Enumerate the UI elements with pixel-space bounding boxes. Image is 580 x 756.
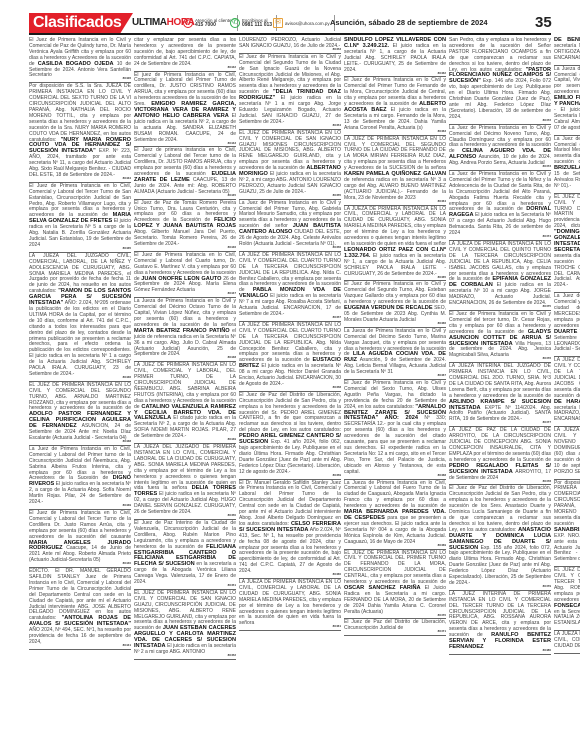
notice-text: EL JUEZ DE PRIMERA INSTANCIA EN LO CIVIL… [554,194,580,230]
legal-notice: La Jueza de Primera Instancia en lo Civi… [554,66,580,136]
legal-notice: El Juez de primera instancia en lo Civil… [134,147,236,199]
notice-text: Abog. Gilberto Manuel Jara Del Puerto, S… [134,229,236,247]
legal-notice: LA JUEZA DE PRIMERA INSTANCIA EN LO CIVI… [449,241,551,311]
legal-notice: LA JUEZ DE PRIMERA INSTANCIA EN LO CIVIL… [554,357,580,427]
notice-text: El Juez de Paz del Distrito de Liberació… [449,485,551,532]
legal-notice: La Jueza de Primera Instancia en lo Civi… [134,298,236,362]
notice-code: 80451 [228,583,236,589]
column-6: DE BENITEZ El juicio radica en la secret… [554,37,580,752]
notice-text: EL JUEZ DE PRIMERA INSTANCIA EN LO CIVIL… [554,567,580,603]
deceased-name: EMIGDIO RAMIREZ GARCIA, VICTORIANA VERA … [134,101,236,119]
legal-notice: La Juez de Primera Instancia en lo Civil… [449,125,551,171]
legal-notice: EL JUEZ DE PRIMERA INSTANCIA EN LO CIVIL… [554,567,580,631]
notice-text: La Juez de Primera Instancia en lo Civil… [554,136,580,166]
legal-notice: EL JUEZ DE PRIMERA INSTANCIA EN LO CIVIL… [134,590,236,660]
legal-notice: LA JUEZ DE PRIMERA INSTANCIA EN LO CIVIL… [344,136,446,206]
notice-text: Año 2.024, Nº 413, Sec. Nº 1, ha resuelt… [239,527,341,574]
legal-notice: LA JUEZ DE PRIMERA INSTANCIA EN LO CIVIL… [239,252,341,322]
notice-code: 80450 [228,513,236,519]
notice-code: 80477 [543,420,551,426]
column-3: LOURENZO PEDROZO, Actuario Judicial SAN … [239,37,341,752]
notice-code: 80449 [228,437,236,443]
legal-notice: EDICTO. El DR. MANUEL GERALDO SAFILDIN S… [29,568,131,650]
legal-notice: LOURENZO PEDROZO, Actuario Judicial SAN … [239,37,341,54]
legal-notice: LA JUEZA DE PRIMERA INSTANCIA EN LO CIVI… [344,206,446,282]
legal-notice: La Jueza de Primera Instancia en lo Civi… [344,328,446,380]
column-1: El Juez de Primera Instancia en lo Civil… [29,37,131,752]
notice-code: 80459 [333,473,341,479]
legal-notice: LA JUEZ DE PRIMERA INSTANCIA EN LO CIVIL… [239,322,341,392]
notice-text: El Dr. Manuel Geraldo Safildin Stanley J… [239,480,341,527]
notice-text: LA JUEZ DE PRIMERA INSTANCIA EN LO CIVIL… [134,362,236,409]
notice-text: EDICTO. El DR. MANUEL GERALDO SAFILDIN S… [29,568,131,621]
notice-text: El Juez de Primera Instancia en lo Civil… [29,510,131,540]
legal-notice: El Juez de Primera Instancia en lo Civil… [344,380,446,480]
notice-text: LA JUEZA DE PRIMERA INSTANCIA EN LO CIVI… [239,579,341,626]
notice-text: La Jueza de Primera Instancia en lo Civi… [344,480,446,510]
legal-notice: DE BENITEZ El juicio radica en la secret… [554,37,580,66]
notice-text: El Juez de Paz del Distrito de Liberació… [239,392,341,433]
notice-code: 80454 [333,123,341,129]
legal-notice: El Juez de Paz de Tomás Romero Pereira Ú… [134,200,236,252]
legal-notice: El Juez de Paz Interino de la Ciudad de … [134,520,236,590]
notice-code: 80436 [123,375,131,381]
notice-code: 80435 [123,246,131,252]
notice-text: AÑO: 2.024, Nº205 ordenase la publicació… [29,300,131,377]
notice-text: El Juez de Primera Instancia en lo Civil… [344,281,446,305]
notice-text: LOURENZO PEDROZO, Actuario Judicial SAN … [239,37,341,49]
notice-code: 80460 [333,572,341,578]
mail-icon: ✉ [273,18,283,28]
notice-code: 80438 [123,439,131,445]
legal-notice: El Juez de Primera Instancia en lo Civil… [134,252,236,298]
classifieds-columns: El Juez de Primera Instancia en lo Civil… [29,37,551,752]
notice-text: La Juez de Primera Instancia en lo Civil… [554,293,580,329]
notice-text: La Jueza de Primera Instancia en lo Civi… [554,66,580,96]
notice-text: Exp. 41 año 2024, folio 062, bajo aperci… [239,439,341,475]
notice-text: AÑO 2024, Nº 494, SEC. Nº1, ha resuelto … [29,627,131,645]
notice-code: 80479 [543,584,551,590]
notice-text: EL JUEZ DE PRIMERA INSTANCIA EN LO CIVIL… [29,382,131,412]
deceased-name: EMILIO FERNANDO OLITTE CORREA y PANCHA A… [554,95,580,107]
legal-notice: LA JUEZA DE PRIMERA INSTANCIA EN LO CIVI… [239,579,341,631]
notice-code: 80442 [228,65,236,71]
notice-code: 80447 [228,291,236,297]
notice-code: 80456 [333,245,341,251]
notice-code: 80461 [333,624,341,630]
legal-notice: EL JUEZ DE PRIMERA INSTANCIA EN LO CIVIL… [554,194,580,294]
legal-notice: El Juez de Primera Instancia en lo Civil… [29,510,131,568]
column-4: SINDULFO LOPEZ VILLAVERDE con C.I.Nº 3.2… [344,37,446,752]
legal-notice: Por disposición de S.S. la Sra. JUEZA DE… [29,83,131,183]
notice-code: 80472 [543,118,551,124]
notice-code: 80462 [438,71,446,77]
notice-code: 80448 [228,355,236,361]
notice-code: 80480 [543,648,551,654]
notice-text: LA JUEZ DE PAZ DE LA CIUDAD DE ARROYITO,… [449,427,551,463]
notice-code: 80441 [123,643,131,649]
legal-notice: La Juez de Primera Instancia en lo Civil… [554,136,580,194]
notice-code: 80445 [228,193,236,199]
legal-notice: LA JUEZ DE PRIMERA INSTANCIA EN LO CIVIL… [134,362,236,444]
contact-email: ✉ avisos@uhora.com.py [273,15,335,31]
notice-code: 80474 [543,234,551,240]
notice-code: 80443 [228,141,236,147]
notice-text: LA JUEZ DE PRIMERA INSTANCIA EN LO CIVIL… [554,357,580,398]
legal-notice: El Juez de Primera Instancia en lo Civil… [239,54,341,130]
legal-notice: San Pedro, cita y emplaza a los heredero… [449,37,551,125]
legal-notice: El Juez de Primera Instancia en lo Civil… [449,311,551,363]
page-header: Clasificados ULTIMAHORA ✆ Atención al cl… [0,13,580,33]
legal-notice: LA JUEZA INTERINA DEL JUZGADO DE PRIMERA… [449,363,551,427]
legal-notice: El Juez de Primera Instancia en lo Civil… [344,281,446,327]
notice-text: EXP. NRO. 259 AÑO 2024, tramitado por an… [554,533,580,563]
legal-notice: LA JUEZ INTERINA DE PRIMERA INSTANCIA EN… [449,591,551,655]
legal-notice: EL JUEZ DE PRIMERA INSTANCIA EN LO CIVIL… [239,130,341,200]
legal-notice: La Juez de Primera Instancia en lo Civil… [449,171,551,241]
notice-text: LA JUEZ DE PRIMERA INSTANCIA EN LO CIVIL… [344,136,446,172]
issue-date: Asunción, sábado 28 de septiembre de 202… [330,18,488,27]
notice-code: 80468 [438,473,446,479]
notice-text: de referencia radica en la secretaría Nº… [344,177,446,201]
notice-text: Por disposición de S.S. la Sra. JUEZA DE… [29,83,131,142]
legal-notice: LA JUEZ DE PAZ DE LA CIUDAD DE ARROYITO,… [449,427,551,485]
notice-code: 80440 [123,561,131,567]
notice-text: El Juez de Paz del Distrito de Liberació… [344,619,446,631]
column-2: citar y emplazar por sesenta días a los … [134,37,236,752]
notice-text: citar y emplazar por sesenta días a los … [134,37,236,67]
notice-code: 80452 [228,653,236,659]
notice-text: Asunción, 9 de Setiembre de 2024. Abg. L… [344,357,446,375]
legal-notice: La Juez de Primera Instancia en lo Civil… [29,446,131,510]
legal-notice: EL JUEZ DE PRIMERA INSTANCIA EN LO CIVIL… [344,550,446,620]
legal-notice: El Juez de Paz del Distrito de Liberació… [449,485,551,590]
notice-text: Nº 330; SECRETARÍA 12.- por la cual cita… [344,415,446,474]
section-title: Clasificados [29,13,133,33]
notice-code: 80478 [543,479,551,485]
whatsapp-icon: ✆ [230,18,240,28]
notice-text: Exp. 146 año 2024, Folio 072 vto, bajo a… [449,78,551,119]
notice-code: 80475 [543,304,551,310]
legal-notice: LA JUEZA DEL JUZGADO DE PRIMERA INSTANCI… [134,444,236,520]
notice-text: La Jueza de Primera Instancia en lo Civi… [134,298,236,328]
notice-text: LA JUEZ INTERINA DE PRIMERA INSTANCIA EN… [449,591,551,638]
notice-code: 80464 [438,199,446,205]
legal-notice: La Juez de Primera Instancia en lo Civil… [239,200,341,252]
legal-notice: El juez de Primera Instancia en lo Civil… [134,72,236,148]
legal-notice: El Juez de Primera Instancia en lo Civil… [29,183,131,253]
notice-code: 80471 [438,629,446,635]
notice-text: LA JUEZA DE PRIMERA INSTANCIA DE CIVIL Y… [554,427,580,463]
page-number: 35 [535,14,552,31]
header-rule [29,33,551,35]
notice-text: EL JUEZ DE PRIMERA INSTANCIA EN LO CIVIL… [344,550,446,586]
legal-notice: La Jueza de Primera Instancia en lo Civi… [344,480,446,550]
notice-code: 80458 [333,385,341,391]
legal-notice: LA JUEZA DEL JUZGADO CIVIL, COMERCIAL, L… [29,253,131,382]
notice-code: 80470 [438,613,446,619]
notice-code: 80446 [228,245,236,251]
legal-notice: LA JUEZA DE PRIMERA INSTANCIA EN LO CIVI… [554,631,580,654]
legal-notice: El Juez de Primera Instancia en lo Civil… [29,37,131,83]
notice-text: Por disposición de S.S. la Sra. JUEZA DE… [554,480,580,527]
legal-notice: Por disposición de S.S. la Sra. JUEZA DE… [554,480,580,568]
legal-notice: El Juez de Primera Instancia en lo Civil… [344,77,446,135]
notice-text: LA JUEZA DE PRIMERA INSTANCIA EN LO CIVI… [344,206,446,247]
legal-notice: EL JUEZ DE PRIMERA INSTANCIA EN LO CIVIL… [29,382,131,446]
notice-code: 80426 [123,76,131,82]
legal-notice: La Juez de Primera Instancia en lo Civil… [554,293,580,357]
notice-code: 80434 [123,176,131,182]
legal-notice: El Juez de Paz del Distrito de Liberació… [239,392,341,480]
notice-text: LA JUEZA DEL JUZGADO DE PRIMERA INSTANCI… [134,444,236,491]
notice-code: 80463 [438,129,446,135]
deceased-name: "DOMINGO MIGUEL TROCHE GONZALEZ S/ SUCES… [554,229,580,253]
notice-text: , cita y emplaza por sesenta días a here… [554,247,580,288]
legal-notice: LA JUEZA DE PRIMERA INSTANCIA DE CIVIL Y… [554,427,580,479]
notice-code: 80465 [438,275,446,281]
notice-code: 80469 [438,543,446,549]
legal-notice: SINDULFO LOPEZ VILLAVERDE con C.I.Nº 3.2… [344,37,446,77]
notice-code: 80467 [438,373,446,379]
notice-code: 80466 [438,321,446,327]
notice-text: LA JUEZA INTERINA DEL JUZGADO DE PRIMERA… [449,363,551,399]
contact-whatsapp: ✆ Escribinos al0981 111 013 [230,15,277,31]
notice-code: 80453 [333,47,341,53]
notice-code: 80476 [543,356,551,362]
phone-icon: ✆ [183,18,193,28]
notice-code: 80473 [543,164,551,170]
notice-code: 80457 [333,315,341,321]
column-5: San Pedro, cita y emplaza a los heredero… [449,37,551,752]
legal-notice: citar y emplazar por sesenta días a los … [134,37,236,72]
notice-code: 80439 [123,503,131,509]
notice-code: 80455 [333,193,341,199]
legal-notice: El Dr. Manuel Geraldo Safildin Stanley J… [239,480,341,580]
notice-text: Exp. 155 año 2024, folio 072, bajo aperc… [449,545,551,586]
notice-text: - El juicio de referencia radica en la S… [554,107,580,131]
legal-notice: El Juez de Paz del Distrito de Liberació… [344,619,446,636]
notice-text: LA JUEZA DE PRIMERA INSTANCIA EN LO CIVI… [554,631,580,649]
